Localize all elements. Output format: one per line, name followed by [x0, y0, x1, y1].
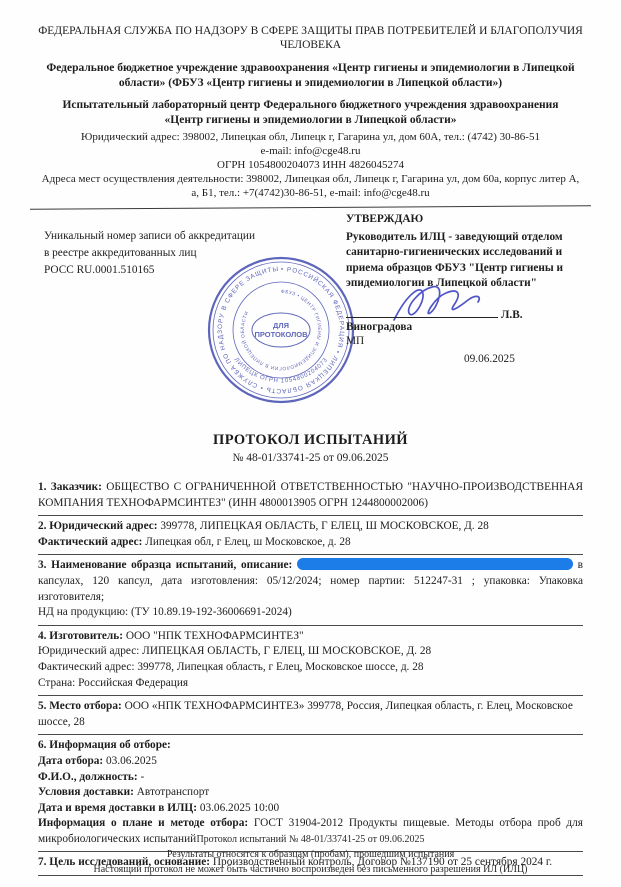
customer-label: 1. Заказчик: [38, 481, 102, 493]
fio-label: Ф.И.О., должность: [38, 771, 138, 783]
manufacturer-label: 4. Изготовитель: [38, 630, 123, 642]
arrival-line: Дата и время доставки в ИЛЦ: 03.06.2025 … [38, 801, 583, 817]
customer-line: 1. Заказчик: ОБЩЕСТВО С ОГРАНИЧЕННОЙ ОТВ… [38, 480, 583, 511]
section-customer: 1. Заказчик: ОБЩЕСТВО С ОГРАНИЧЕННОЙ ОТВ… [38, 477, 583, 515]
legal-address: Юридический адрес: 398002, Липецкая обл,… [38, 130, 583, 144]
stamp-graphic: • РОССИЙСКАЯ ФЕДЕРАЦИЯ • ЛИПЕЦКАЯ ОБЛАСТ… [205, 254, 357, 406]
protocol-title-block: ПРОТОКОЛ ИСПЫТАНИЙ № 48-01/33741-25 от 0… [38, 432, 583, 464]
actual-address-value: Липецкая обл, г Елец, ш Московское, д. 2… [145, 536, 350, 548]
footer-results-note: Результаты относятся к образцам (пробам)… [0, 847, 621, 862]
activity-addresses: Адреса мест осуществления деятельности: … [38, 172, 583, 200]
manufacturer-line: 4. Изготовитель: ООО "НПК ТЕХНОФАРМСИНТЕ… [38, 629, 583, 645]
institution-name: Федеральное бюджетное учреждение здравоо… [38, 61, 583, 91]
stamp-place-label: МП [346, 335, 583, 347]
accreditation-line1: Уникальный номер записи об аккредитации [44, 228, 299, 245]
sampling-info-label: 6. Информация об отборе: [38, 739, 171, 751]
signature-row: Л.В. Виноградова [346, 304, 583, 333]
arrival-label: Дата и время доставки в ИЛЦ: [38, 802, 197, 814]
stamp-center-line1: ДЛЯ [273, 321, 289, 330]
customer-value: ОБЩЕСТВО С ОГРАНИЧЕННОЙ ОТВЕТСТВЕННОСТЬЮ… [38, 481, 583, 509]
arrival-value: 03.06.2025 10:00 [200, 802, 279, 814]
approval-date: 09.06.2025 [464, 353, 583, 365]
actual-address-label: Фактический адрес: [38, 536, 142, 548]
protocol-stamp: • РОССИЙСКАЯ ФЕДЕРАЦИЯ • ЛИПЕЦКАЯ ОБЛАСТ… [205, 254, 357, 406]
page-footer: Протокол испытаний № 48-01/33741-25 от 0… [0, 832, 621, 877]
delivery-line: Условия доставки: Автотранспорт [38, 785, 583, 801]
redacted-sample-name [297, 558, 573, 570]
document-header: ФЕДЕРАЛЬНАЯ СЛУЖБА ПО НАДЗОРУ В СФЕРЕ ЗА… [38, 24, 583, 208]
sampling-place-line: 5. Место отбора: ООО «НПК ТЕХНОФАРМСИНТЕ… [38, 699, 583, 730]
manufacturer-country: Страна: Российская Федерация [38, 676, 583, 692]
protocol-document-page: ФЕДЕРАЛЬНАЯ СЛУЖБА ПО НАДЗОРУ В СФЕРЕ ЗА… [0, 0, 621, 887]
email-line: e-mail: info@cge48.ru [38, 144, 583, 158]
ogrn-inn-line: ОГРН 1054800204073 ИНН 4826045274 [38, 158, 583, 172]
legal-address-value: 399778, ЛИПЕЦКАЯ ОБЛАСТЬ, Г ЕЛЕЦ, Ш МОСК… [160, 520, 489, 532]
plan-label: Информация о плане и методе отбора: [38, 817, 248, 829]
sampling-place-label: 5. Место отбора: [38, 700, 122, 712]
sample-label: 3. Наименование образца испытаний, описа… [38, 559, 292, 571]
protocol-sections: 1. Заказчик: ОБЩЕСТВО С ОГРАНИЧЕННОЙ ОТВ… [38, 477, 583, 876]
laboratory-center-name: Испытательный лабораторный центр Федерал… [51, 98, 571, 128]
legal-address-line: 2. Юридический адрес: 399778, ЛИПЕЦКАЯ О… [38, 519, 583, 535]
footer-reproduction-note: Настоящий протокол не может быть частичн… [0, 862, 621, 877]
manufacturer-legal-address: Юридический адрес: ЛИПЕЦКАЯ ОБЛАСТЬ, Г Е… [38, 644, 583, 660]
manufacturer-value: ООО "НПК ТЕХНОФАРМСИНТЕЗ" [126, 630, 304, 642]
delivery-value: Автотранспорт [137, 786, 209, 798]
section-sample: 3. Наименование образца испытаний, описа… [38, 554, 583, 624]
section-legal-address: 2. Юридический адрес: 399778, ЛИПЕЦКАЯ О… [38, 515, 583, 554]
manufacturer-actual-address: Фактический адрес: 399778, Липецкая обла… [38, 660, 583, 676]
federal-service-name: ФЕДЕРАЛЬНАЯ СЛУЖБА ПО НАДЗОРУ В СФЕРЕ ЗА… [38, 24, 583, 52]
signature-line [346, 304, 498, 318]
nd-line: НД на продукцию: (ТУ 10.89.19-192-360066… [38, 605, 583, 621]
footer-protocol-number: Протокол испытаний № 48-01/33741-25 от 0… [0, 832, 621, 847]
protocol-number: № 48-01/33741-25 от 09.06.2025 [38, 452, 583, 464]
sampling-date-value: 03.06.2025 [106, 755, 157, 767]
legal-address-label: 2. Юридический адрес: [38, 520, 158, 532]
approval-title: УТВЕРЖДАЮ [346, 212, 583, 228]
signature-area: Л.В. Виноградова МП 09.06.2025 [346, 304, 583, 365]
actual-address-line: Фактический адрес: Липецкая обл, г Елец,… [38, 535, 583, 551]
delivery-label: Условия доставки: [38, 786, 134, 798]
section-manufacturer: 4. Изготовитель: ООО "НПК ТЕХНОФАРМСИНТЕ… [38, 625, 583, 695]
approval-block: Уникальный номер записи об аккредитации … [38, 208, 583, 420]
fio-line: Ф.И.О., должность: - [38, 770, 583, 786]
protocol-title: ПРОТОКОЛ ИСПЫТАНИЙ [38, 432, 583, 449]
fio-value: - [140, 771, 144, 783]
sampling-date-line: Дата отбора: 03.06.2025 [38, 754, 583, 770]
section-sampling-place: 5. Место отбора: ООО «НПК ТЕХНОФАРМСИНТЕ… [38, 695, 583, 734]
sampling-date-label: Дата отбора: [38, 755, 103, 767]
sampling-info-header: 6. Информация об отборе: [38, 738, 583, 754]
sample-line: 3. Наименование образца испытаний, описа… [38, 558, 583, 605]
stamp-center-line2: ПРОТОКОЛОВ [254, 330, 308, 339]
